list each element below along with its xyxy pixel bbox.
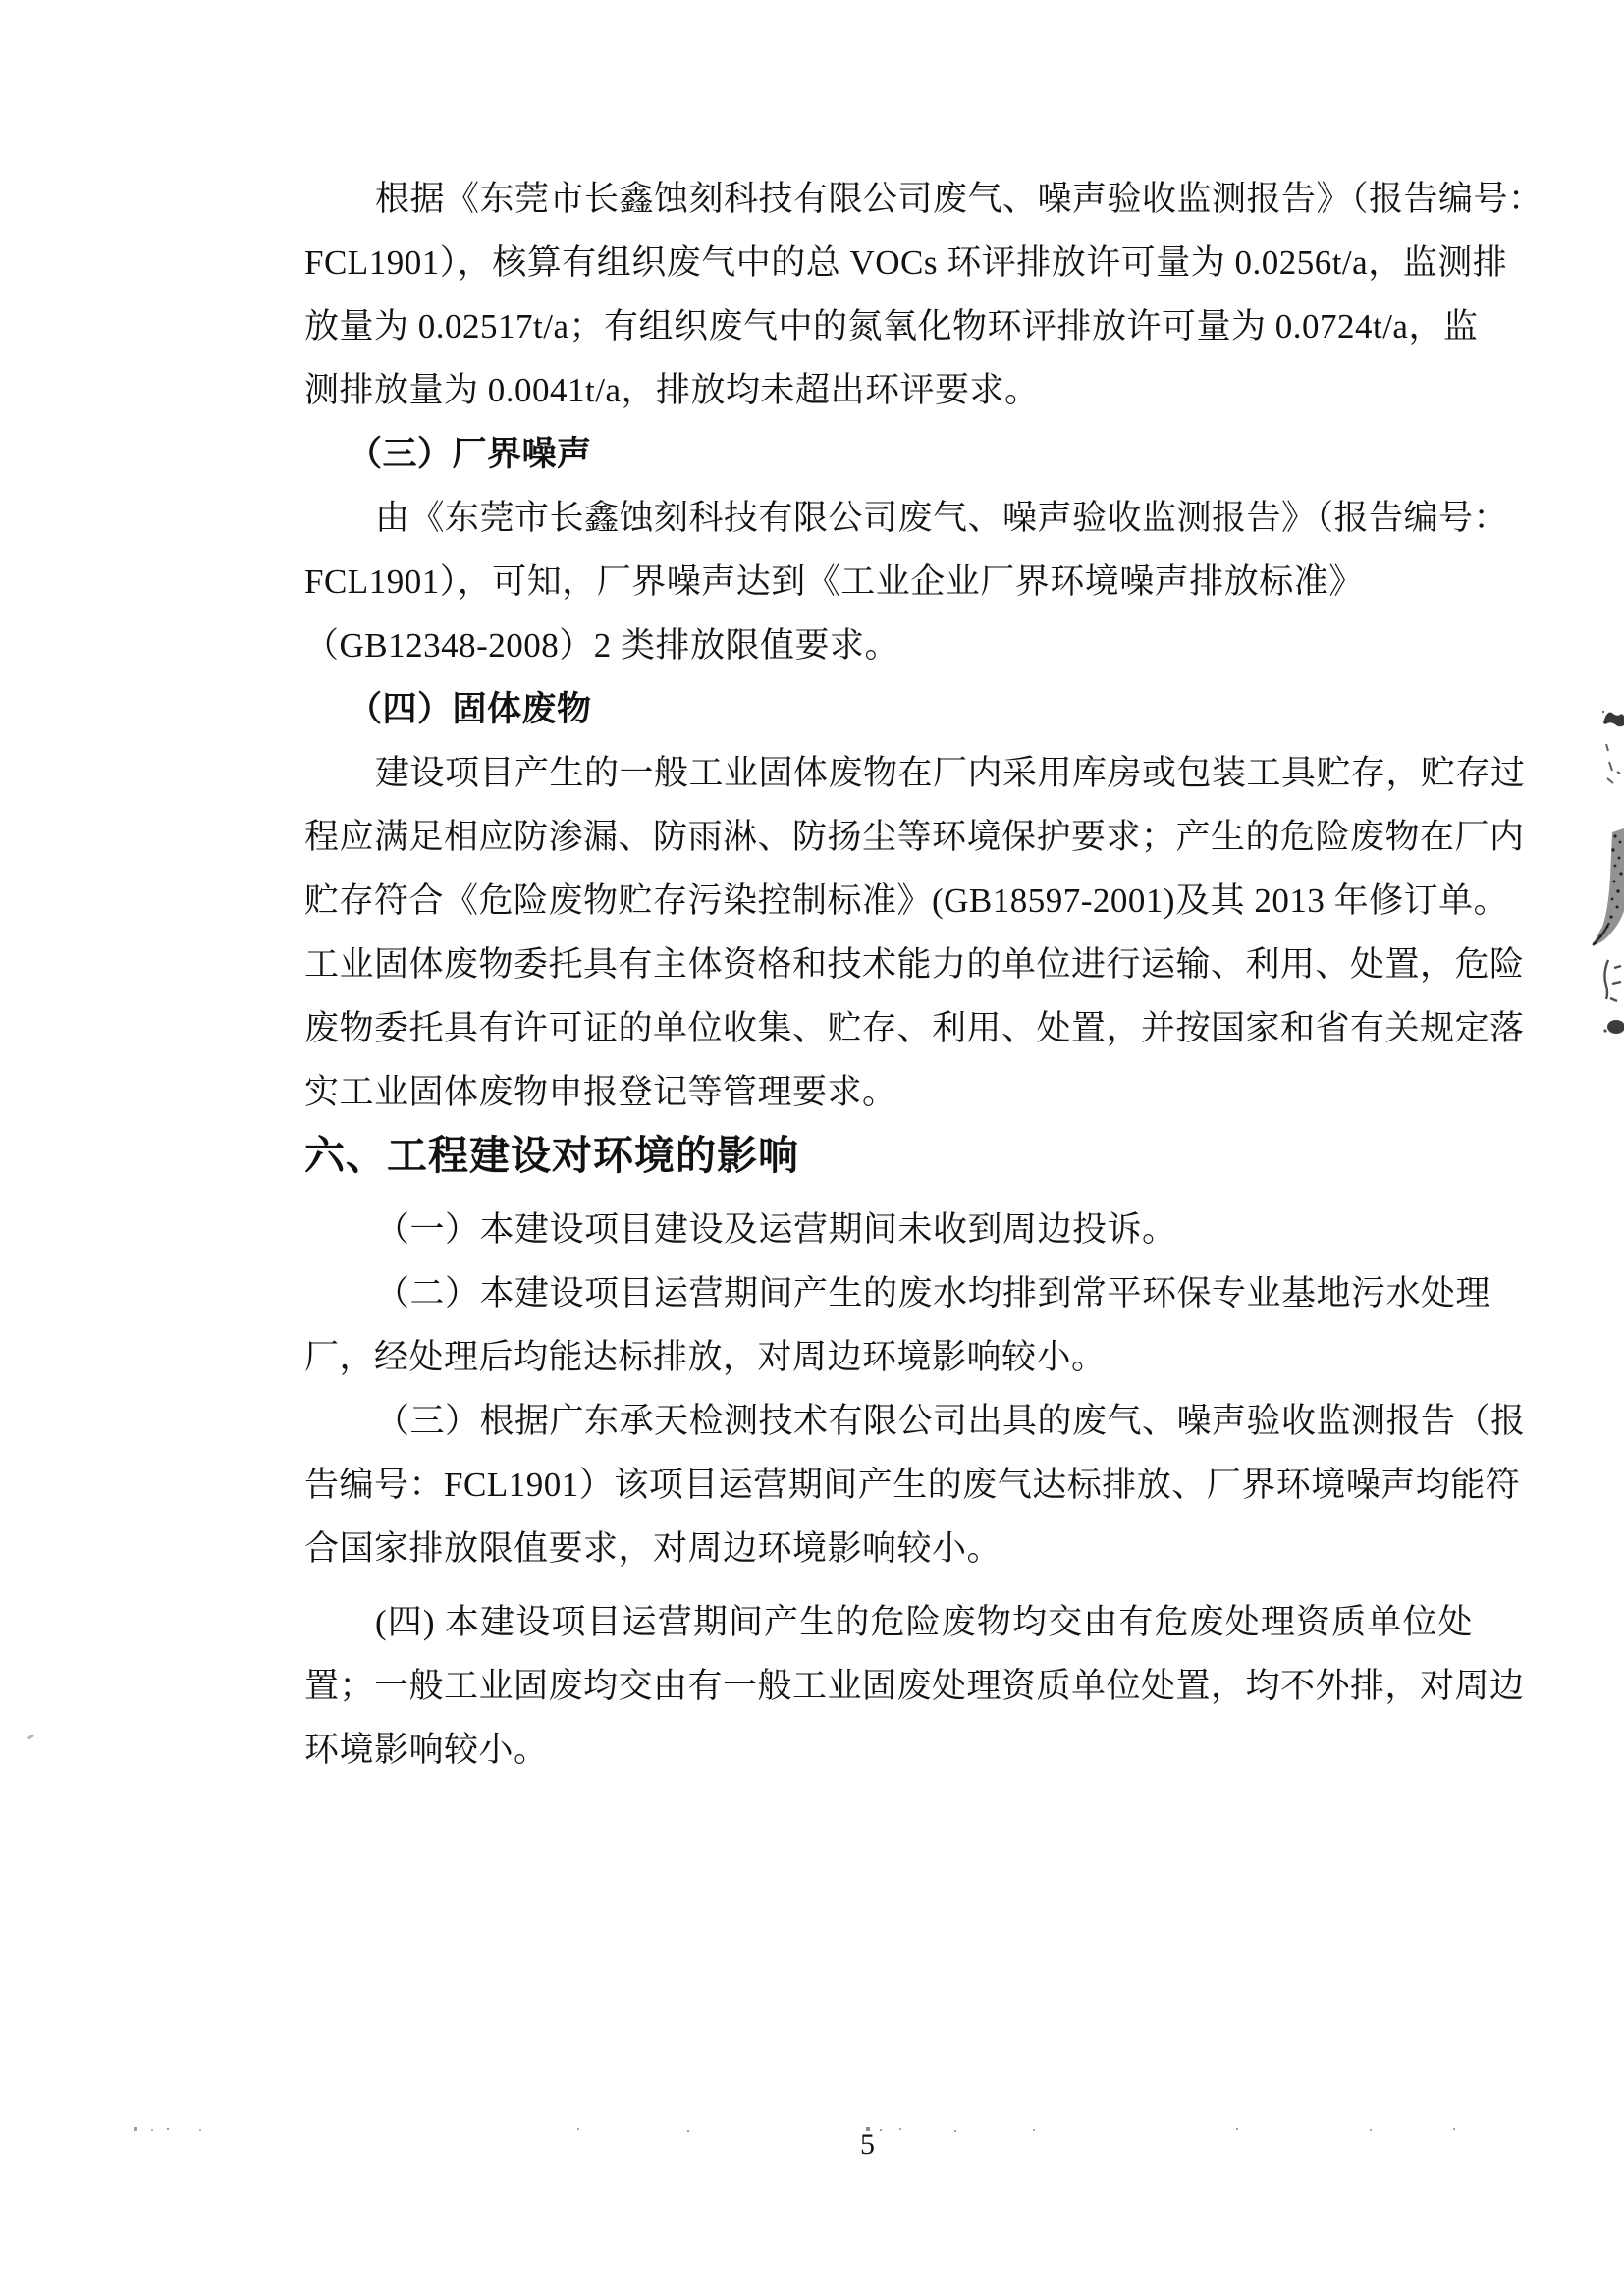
text-line: 测排放量为 0.0041t/a，排放均未超出环评要求。	[304, 358, 1473, 422]
text-line: FCL1901），核算有组织废气中的总 VOCs 环评排放许可量为 0.0256…	[304, 231, 1473, 294]
text-line: 厂，经处理后均能达标排放，对周边环境影响较小。	[304, 1325, 1473, 1389]
text-line: 放量为 0.02517t/a；有组织废气中的氮氧化物环评排放许可量为 0.072…	[304, 294, 1473, 358]
text-line: 合国家排放限值要求，对周边环境影响较小。	[304, 1517, 1473, 1580]
heading-block: （三）厂界噪声	[304, 422, 1473, 486]
text-line: 根据《东莞市长鑫蚀刻科技有限公司废气、噪声验收监测报告》（报告编号：	[304, 167, 1473, 231]
paragraph-block: 由《东莞市长鑫蚀刻科技有限公司废气、噪声验收监测报告》（报告编号：FCL1901…	[304, 486, 1473, 677]
document-content: 根据《东莞市长鑫蚀刻科技有限公司废气、噪声验收监测报告》（报告编号：FCL190…	[304, 167, 1473, 1782]
paragraph-block: （二）本建设项目运营期间产生的废水均排到常平环保专业基地污水处理厂，经处理后均能…	[304, 1261, 1473, 1389]
section-heading-major: 六、工程建设对环境的影响	[304, 1124, 1473, 1188]
heading-block: 六、工程建设对环境的影响	[304, 1124, 1473, 1188]
paragraph-block: 建设项目产生的一般工业固体废物在厂内采用库房或包装工具贮存，贮存过程应满足相应防…	[304, 741, 1473, 1124]
scan-artifact-right-edge	[1583, 703, 1624, 1037]
text-line: （一）本建设项目建设及运营期间未收到周边投诉。	[304, 1198, 1473, 1261]
heading-block: （四）固体废物	[304, 677, 1473, 741]
paragraph-block: (四) 本建设项目运营期间产生的危险废物均交由有危废处理资质单位处置；一般工业固…	[304, 1590, 1473, 1782]
text-line: （GB12348-2008）2 类排放限值要求。	[304, 614, 1473, 677]
page-number: 5	[860, 2130, 875, 2160]
text-line: 环境影响较小。	[304, 1718, 1473, 1782]
text-line: （三）根据广东承天检测技术有限公司出具的废气、噪声验收监测报告（报	[304, 1389, 1473, 1453]
text-line: 告编号：FCL1901）该项目运营期间产生的废气达标排放、厂界环境噪声均能符	[304, 1453, 1473, 1517]
scan-mark-left-margin	[27, 1734, 34, 1739]
paragraph-block: （一）本建设项目建设及运营期间未收到周边投诉。	[304, 1198, 1473, 1261]
text-line: 程应满足相应防渗漏、防雨淋、防扬尘等环境保护要求；产生的危险废物在厂内	[304, 805, 1473, 869]
text-line: 建设项目产生的一般工业固体废物在厂内采用库房或包装工具贮存，贮存过	[304, 741, 1473, 805]
document-page: 根据《东莞市长鑫蚀刻科技有限公司废气、噪声验收监测报告》（报告编号：FCL190…	[0, 0, 1624, 2296]
section-heading-minor: （四）固体废物	[304, 677, 1473, 741]
text-line: 实工业固体废物申报登记等管理要求。	[304, 1060, 1473, 1124]
section-heading-minor: （三）厂界噪声	[304, 422, 1473, 486]
paragraph-block: （三）根据广东承天检测技术有限公司出具的废气、噪声验收监测报告（报告编号：FCL…	[304, 1389, 1473, 1580]
text-line: FCL1901），可知，厂界噪声达到《工业企业厂界环境噪声排放标准》	[304, 550, 1473, 614]
text-line: 废物委托具有许可证的单位收集、贮存、利用、处置，并按国家和省有关规定落	[304, 996, 1473, 1060]
text-line: 贮存符合《危险废物贮存污染控制标准》(GB18597-2001)及其 2013 …	[304, 869, 1473, 933]
text-line: 由《东莞市长鑫蚀刻科技有限公司废气、噪声验收监测报告》（报告编号：	[304, 486, 1473, 550]
scan-speckle-row	[0, 2128, 2, 2130]
text-line: （二）本建设项目运营期间产生的废水均排到常平环保专业基地污水处理	[304, 1261, 1473, 1325]
text-line: 置；一般工业固废均交由有一般工业固废处理资质单位处置，均不外排，对周边	[304, 1654, 1473, 1718]
paragraph-block: 根据《东莞市长鑫蚀刻科技有限公司废气、噪声验收监测报告》（报告编号：FCL190…	[304, 167, 1473, 422]
text-line: (四) 本建设项目运营期间产生的危险废物均交由有危废处理资质单位处	[304, 1590, 1473, 1654]
text-line: 工业固体废物委托具有主体资格和技术能力的单位进行运输、利用、处置，危险	[304, 933, 1473, 996]
